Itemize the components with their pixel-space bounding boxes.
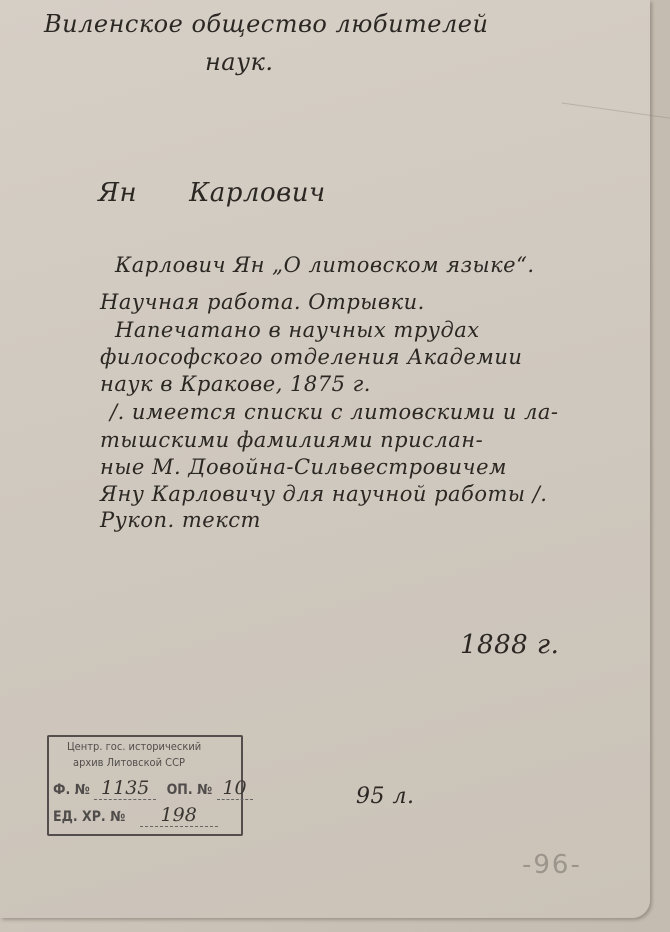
description-line: наук в Кракове, 1875 г. bbox=[100, 372, 371, 396]
opis-label: ОП. № bbox=[167, 782, 213, 798]
description-line: Яну Карловичу для научной работы /. bbox=[100, 482, 547, 506]
pencil-page-number: -96- bbox=[522, 850, 582, 880]
stamp-archive-name-line1: Центр. гос. исторический bbox=[67, 740, 201, 753]
fond-value: 1135 bbox=[94, 777, 156, 800]
unit-label: ЕД. ХР. № bbox=[53, 809, 125, 825]
description-line: тышскими фамилиями прислан- bbox=[100, 428, 483, 452]
society-title-line1: Виленское общество любителей bbox=[44, 10, 488, 38]
description-line: Рукоп. текст bbox=[100, 508, 261, 532]
description-line: Научная работа. Отрывки. bbox=[100, 290, 425, 314]
surname: Карлович bbox=[189, 178, 326, 208]
catalog-card: Виленское общество любителей наук. ЯнКар… bbox=[0, 0, 650, 918]
description-line: ные М. Довойна-Сильвестровичем bbox=[100, 455, 507, 479]
stamp-fond-row: Ф. № 1135 ОП. № 10 bbox=[53, 777, 253, 800]
stamp-archive-name-line2: архив Литовской ССР bbox=[73, 756, 185, 769]
description-line: /. имеется списки с литовскими и ла- bbox=[110, 400, 559, 424]
description-line: философского отделения Академии bbox=[100, 345, 522, 369]
opis-value: 10 bbox=[217, 777, 253, 800]
description-line: Напечатано в научных трудах bbox=[115, 318, 480, 342]
sheets-count: 95 л. bbox=[356, 784, 415, 809]
person-name: ЯнКарлович bbox=[98, 178, 326, 208]
archive-stamp: Центр. гос. исторический архив Литовской… bbox=[47, 735, 243, 836]
fond-label: Ф. № bbox=[53, 782, 90, 798]
description-line: Карлович Ян „О литовском языке“. bbox=[115, 253, 535, 277]
society-title-line2: наук. bbox=[205, 48, 274, 76]
unit-value: 198 bbox=[140, 804, 218, 827]
stamp-unit-row: ЕД. ХР. № 198 bbox=[53, 804, 218, 827]
first-name: Ян bbox=[98, 178, 137, 208]
document-year: 1888 г. bbox=[460, 630, 559, 660]
archival-document-page: Виленское общество любителей наук. ЯнКар… bbox=[0, 0, 670, 932]
